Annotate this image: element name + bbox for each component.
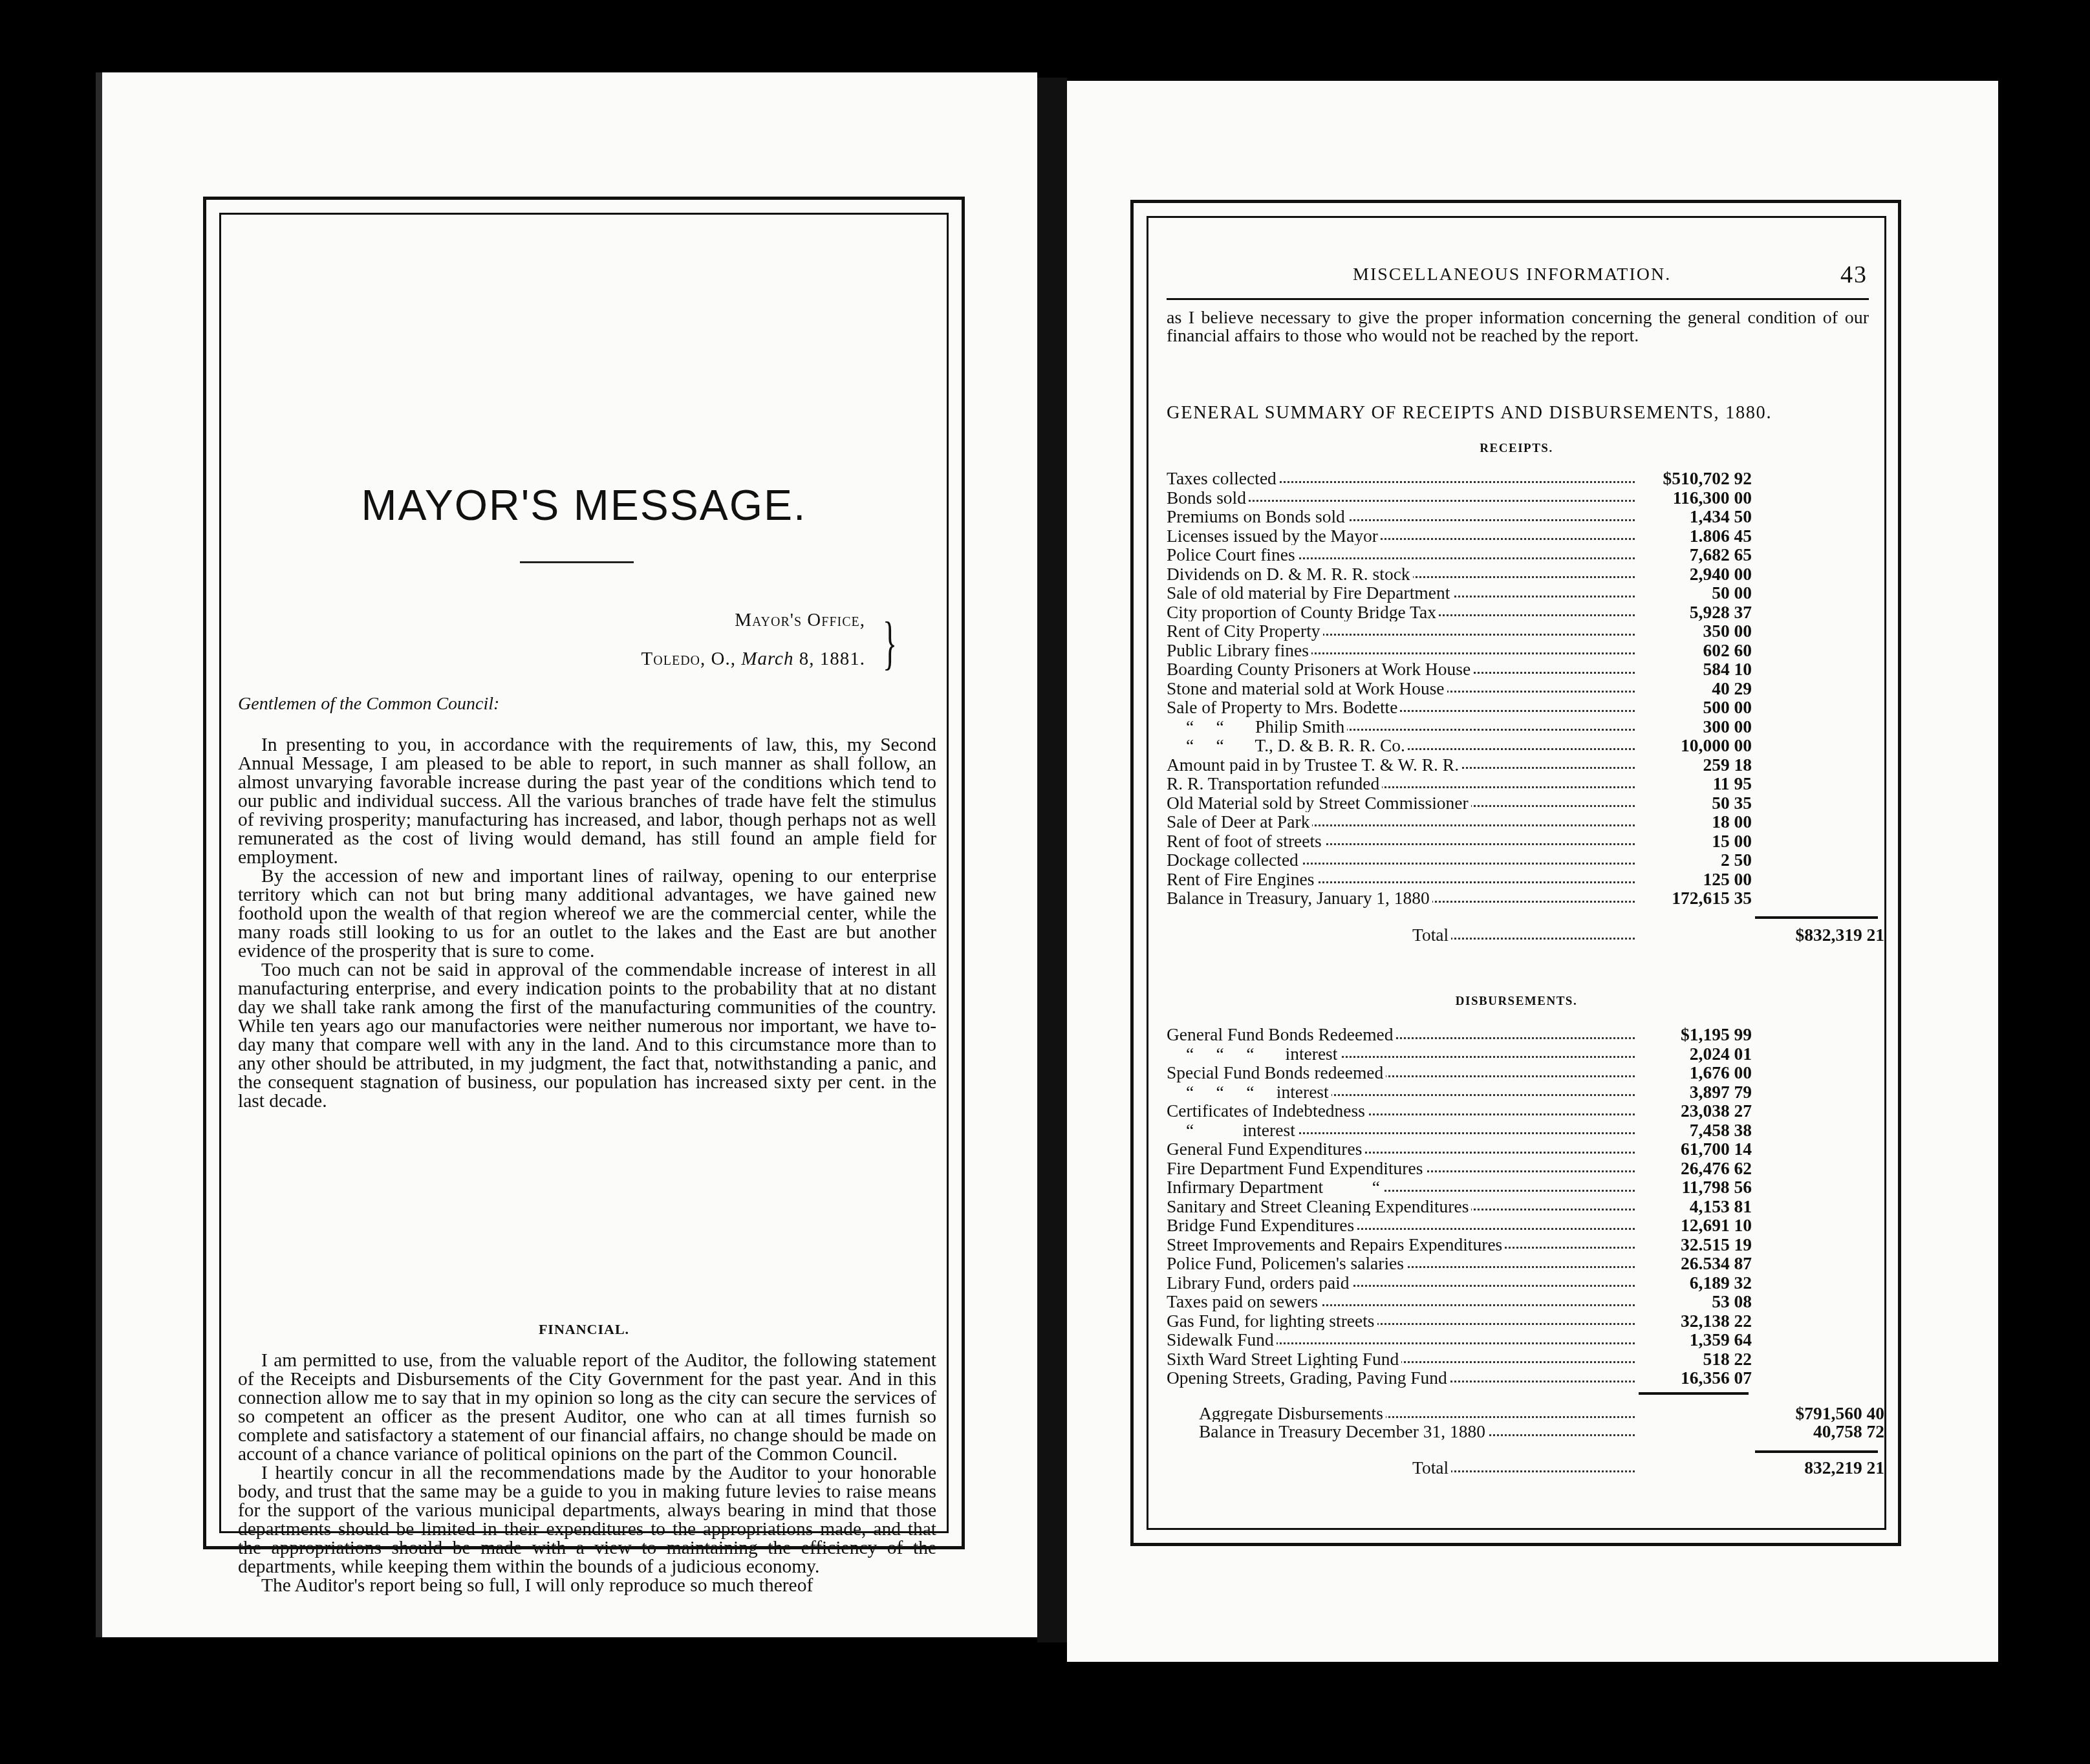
title-divider	[520, 561, 634, 563]
ledger-amount: 11 95	[1639, 774, 1752, 793]
ledger-row: Stone and material sold at Work House40 …	[1167, 679, 1891, 698]
ledger-row: Rent of City Property350 00	[1167, 621, 1891, 641]
ledger-amount: 116,300 00	[1639, 488, 1752, 508]
balance-label: Balance in Treasury December 31, 1880	[1199, 1422, 1639, 1441]
ledger-row: Rent of Fire Engines125 00	[1167, 870, 1891, 889]
ledger-row: General Fund Expenditures61,700 14	[1167, 1139, 1891, 1159]
ledger-label: Taxes collected	[1167, 469, 1639, 488]
disbursements-total: 832,219 21	[1755, 1458, 1884, 1478]
ledger-amount: 32,138 22	[1639, 1311, 1752, 1331]
ledger-row: Sanitary and Street Cleaning Expenditure…	[1167, 1197, 1891, 1216]
ledger-amount: 3,897 79	[1639, 1082, 1752, 1102]
message-body-part2: I am permitted to use, from the valuable…	[238, 1351, 936, 1595]
date-month: March	[741, 649, 793, 669]
ledger-row: Bridge Fund Expenditures12,691 10	[1167, 1216, 1891, 1235]
disbursements-heading: DISBURSEMENTS.	[1159, 995, 1874, 1009]
ledger-label: “ interest	[1167, 1121, 1639, 1140]
office-line: Mayor's Office,	[735, 610, 865, 631]
paragraph: In presenting to you, in accordance with…	[238, 736, 936, 867]
receipts-table: Taxes collected$510,702 92Bonds sold116,…	[1167, 469, 1891, 908]
ledger-label: Library Fund, orders paid	[1167, 1273, 1639, 1293]
ledger-label: Premiums on Bonds sold	[1167, 507, 1639, 526]
ledger-label: Public Library fines	[1167, 641, 1639, 660]
ledger-label: Rent of City Property	[1167, 621, 1639, 641]
ledger-label: Sale of Deer at Park	[1167, 812, 1639, 832]
book-gutter	[1037, 78, 1067, 1642]
ledger-amount: 18 00	[1639, 812, 1752, 832]
receipts-heading: RECEIPTS.	[1159, 442, 1874, 456]
ledger-amount: 26.534 87	[1639, 1254, 1752, 1273]
ledger-label: “ “ “ interest	[1167, 1082, 1639, 1102]
ledger-amount: 172,615 35	[1639, 888, 1752, 908]
right-page-border: MISCELLANEOUS INFORMATION. 43 as I belie…	[1130, 200, 1901, 1546]
ledger-label: Sale of Property to Mrs. Bodette	[1167, 698, 1639, 717]
continuation-text: as I believe necessary to give the prope…	[1167, 309, 1869, 345]
ledger-amount: 40 29	[1639, 679, 1752, 698]
ledger-row: “ “ Philip Smith300 00	[1167, 717, 1891, 737]
ledger-label: Sidewalk Fund	[1167, 1330, 1639, 1350]
ledger-label: Sale of old material by Fire Department	[1167, 583, 1639, 603]
ledger-row: Rent of foot of streets15 00	[1167, 832, 1891, 851]
ledger-row: General Fund Bonds Redeemed$1,195 99	[1167, 1025, 1891, 1044]
ledger-row: “ “ “ interest2,024 01	[1167, 1044, 1891, 1064]
ledger-amount: 50 00	[1639, 583, 1752, 603]
ledger-label: Amount paid in by Trustee T. & W. R. R.	[1167, 755, 1639, 775]
header-rule	[1167, 298, 1869, 300]
aggregate-row: Aggregate Disbursements $791,560 40	[1167, 1404, 1891, 1423]
ledger-amount: 2,940 00	[1639, 565, 1752, 584]
ledger-amount: 1,359 64	[1639, 1330, 1752, 1350]
ledger-amount: 61,700 14	[1639, 1139, 1752, 1159]
ledger-amount: 1,676 00	[1639, 1063, 1752, 1082]
ledger-label: Stone and material sold at Work House	[1167, 679, 1639, 698]
ledger-label: Rent of foot of streets	[1167, 832, 1639, 851]
ledger-amount: 7,458 38	[1639, 1121, 1752, 1140]
total-rule	[1755, 916, 1878, 919]
ledger-row: Street Improvements and Repairs Expendit…	[1167, 1235, 1891, 1254]
receipts-total-row: Total $832,319 21	[1167, 925, 1891, 945]
ledger-row: Old Material sold by Street Commissioner…	[1167, 793, 1891, 813]
ledger-label: Bridge Fund Expenditures	[1167, 1216, 1639, 1235]
ledger-label: Balance in Treasury, January 1, 1880	[1167, 888, 1639, 908]
ledger-row: Sale of old material by Fire Department5…	[1167, 583, 1891, 603]
ledger-label: Sixth Ward Street Lighting Fund	[1167, 1350, 1639, 1369]
subtotal-rule	[1639, 1392, 1749, 1395]
ledger-row: Opening Streets, Grading, Paving Fund16,…	[1167, 1368, 1891, 1388]
ledger-label: Boarding County Prisoners at Work House	[1167, 660, 1639, 679]
ledger-row: R. R. Transportation refunded11 95	[1167, 774, 1891, 793]
ledger-label: Old Material sold by Street Commissioner	[1167, 793, 1639, 813]
ledger-row: Boarding County Prisoners at Work House5…	[1167, 660, 1891, 679]
ledger-label: Dividends on D. & M. R. R. stock	[1167, 565, 1639, 584]
ledger-amount: 53 08	[1639, 1292, 1752, 1311]
right-page-inner-border: MISCELLANEOUS INFORMATION. 43 as I belie…	[1147, 216, 1886, 1530]
ledger-amount: 584 10	[1639, 660, 1752, 679]
ledger-row: Sixth Ward Street Lighting Fund518 22	[1167, 1350, 1891, 1369]
ledger-amount: 1,434 50	[1639, 507, 1752, 526]
left-page-content: MAYOR'S MESSAGE. Mayor's Office, Toledo,…	[232, 225, 936, 1521]
ledger-label: Police Fund, Policemen's salaries	[1167, 1254, 1639, 1273]
ledger-row: Police Court fines7,682 65	[1167, 545, 1891, 565]
ledger-row: Licenses issued by the Mayor1.806 45	[1167, 526, 1891, 546]
ledger-label: Rent of Fire Engines	[1167, 870, 1639, 889]
ledger-amount: 125 00	[1639, 870, 1752, 889]
receipts-total: $832,319 21	[1755, 925, 1884, 945]
ledger-amount: 26,476 62	[1639, 1159, 1752, 1178]
ledger-row: Sidewalk Fund1,359 64	[1167, 1330, 1891, 1350]
paragraph: I am permitted to use, from the valuable…	[238, 1351, 936, 1464]
ledger-label: General Fund Bonds Redeemed	[1167, 1025, 1639, 1044]
ledger-amount: 32.515 19	[1639, 1235, 1752, 1254]
ledger-label: Sanitary and Street Cleaning Expenditure…	[1167, 1197, 1639, 1216]
summary-title: GENERAL SUMMARY OF RECEIPTS AND DISBURSE…	[1167, 403, 1869, 424]
balance-row: Balance in Treasury December 31, 1880 40…	[1167, 1422, 1891, 1441]
ledger-amount: 5,928 37	[1639, 603, 1752, 622]
ledger-label: Certificates of Indebtedness	[1167, 1101, 1639, 1121]
ledger-label: Street Improvements and Repairs Expendit…	[1167, 1235, 1639, 1254]
ledger-label: “ “ Philip Smith	[1167, 717, 1639, 737]
ledger-amount: 2 50	[1639, 850, 1752, 870]
place: Toledo, O.,	[641, 649, 742, 669]
ledger-label: Licenses issued by the Mayor	[1167, 526, 1639, 546]
ledger-row: Taxes paid on sewers53 08	[1167, 1292, 1891, 1311]
ledger-row: Police Fund, Policemen's salaries26.534 …	[1167, 1254, 1891, 1273]
ledger-row: Infirmary Department “11,798 56	[1167, 1178, 1891, 1197]
page-title: MAYOR'S MESSAGE.	[232, 480, 936, 530]
ledger-amount: 16,356 07	[1639, 1368, 1752, 1388]
brace-glyph: }	[883, 613, 897, 672]
ledger-label: Fire Department Fund Expenditures	[1167, 1159, 1639, 1178]
aggregate-amount: $791,560 40	[1755, 1404, 1884, 1423]
ledger-label: Police Court fines	[1167, 545, 1639, 565]
paragraph: The Auditor's report being so full, I wi…	[238, 1576, 936, 1595]
ledger-label: Special Fund Bonds redeemed	[1167, 1063, 1639, 1082]
message-body-part1: In presenting to you, in accordance with…	[238, 736, 936, 1111]
ledger-row: “ interest7,458 38	[1167, 1121, 1891, 1140]
ledger-amount: 2,024 01	[1639, 1044, 1752, 1064]
ledger-row: Balance in Treasury, January 1, 1880172,…	[1167, 888, 1891, 908]
ledger-label: Gas Fund, for lighting streets	[1167, 1311, 1639, 1331]
paragraph: Too much can not be said in approval of …	[238, 961, 936, 1111]
ledger-amount: 23,038 27	[1639, 1101, 1752, 1121]
place-date-line: Toledo, O., March 8, 1881.	[641, 649, 865, 670]
running-head-title: MISCELLANEOUS INFORMATION.	[1353, 264, 1671, 285]
ledger-label: Opening Streets, Grading, Paving Fund	[1167, 1368, 1639, 1388]
paragraph: By the accession of new and important li…	[238, 867, 936, 961]
ledger-row: Sale of Property to Mrs. Bodette500 00	[1167, 698, 1891, 717]
disbursements-table: General Fund Bonds Redeemed$1,195 99“ “ …	[1167, 1025, 1891, 1388]
ledger-label: Dockage collected	[1167, 850, 1639, 870]
ledger-label: Bonds sold	[1167, 488, 1639, 508]
ledger-label: “ “ “ interest	[1167, 1044, 1639, 1064]
ledger-amount: 50 35	[1639, 793, 1752, 813]
ledger-row: Special Fund Bonds redeemed1,676 00	[1167, 1063, 1891, 1082]
ledger-label: R. R. Transportation refunded	[1167, 774, 1639, 793]
ledger-row: Bonds sold116,300 00	[1167, 488, 1891, 508]
page-number: 43	[1840, 261, 1868, 289]
ledger-row: Premiums on Bonds sold1,434 50	[1167, 507, 1891, 526]
ledger-label: City proportion of County Bridge Tax	[1167, 603, 1639, 622]
ledger-amount: 10,000 00	[1639, 736, 1752, 755]
ledger-amount: 259 18	[1639, 755, 1752, 775]
date-rest: 8, 1881.	[794, 649, 866, 669]
ledger-row: Dockage collected2 50	[1167, 850, 1891, 870]
section-heading-financial: FINANCIAL.	[232, 1321, 936, 1338]
balance-amount: 40,758 72	[1755, 1422, 1884, 1441]
paragraph: I heartily concur in all the recommendat…	[238, 1464, 936, 1576]
ledger-label: Taxes paid on sewers	[1167, 1292, 1639, 1311]
total-label: Total	[1412, 925, 1639, 945]
ledger-amount: $1,195 99	[1639, 1025, 1752, 1044]
ledger-row: “ “ T., D. & B. R. R. Co.10,000 00	[1167, 736, 1891, 755]
total-label: Total	[1412, 1458, 1639, 1478]
ledger-amount: 15 00	[1639, 832, 1752, 851]
ledger-row: Taxes collected$510,702 92	[1167, 469, 1891, 488]
ledger-amount: 500 00	[1639, 698, 1752, 717]
ledger-row: Dividends on D. & M. R. R. stock2,940 00	[1167, 565, 1891, 584]
salutation: Gentlemen of the Common Council:	[238, 694, 499, 715]
ledger-row: Fire Department Fund Expenditures26,476 …	[1167, 1159, 1891, 1178]
ledger-row: Library Fund, orders paid6,189 32	[1167, 1273, 1891, 1293]
ledger-amount: 602 60	[1639, 641, 1752, 660]
final-total-rule	[1755, 1450, 1878, 1453]
aggregate-label: Aggregate Disbursements	[1199, 1404, 1639, 1423]
ledger-amount: 518 22	[1639, 1350, 1752, 1369]
ledger-label: “ “ T., D. & B. R. R. Co.	[1167, 736, 1639, 755]
ledger-amount: 350 00	[1639, 621, 1752, 641]
ledger-label: General Fund Expenditures	[1167, 1139, 1639, 1159]
ledger-row: Amount paid in by Trustee T. & W. R. R.2…	[1167, 755, 1891, 775]
left-page-border: MAYOR'S MESSAGE. Mayor's Office, Toledo,…	[203, 197, 965, 1549]
left-page-inner-border: MAYOR'S MESSAGE. Mayor's Office, Toledo,…	[219, 213, 949, 1533]
ledger-amount: 300 00	[1639, 717, 1752, 737]
ledger-amount: 4,153 81	[1639, 1197, 1752, 1216]
ledger-row: Sale of Deer at Park18 00	[1167, 812, 1891, 832]
ledger-amount: 7,682 65	[1639, 545, 1752, 565]
ledger-row: Public Library fines602 60	[1167, 641, 1891, 660]
ledger-amount: $510,702 92	[1639, 469, 1752, 488]
ledger-amount: 11,798 56	[1639, 1178, 1752, 1197]
ledger-amount: 1.806 45	[1639, 526, 1752, 546]
ledger-row: City proportion of County Bridge Tax5,92…	[1167, 603, 1891, 622]
right-page-content: MISCELLANEOUS INFORMATION. 43 as I belie…	[1159, 228, 1874, 1518]
ledger-row: Gas Fund, for lighting streets32,138 22	[1167, 1311, 1891, 1331]
disbursements-total-row: Total 832,219 21	[1167, 1458, 1891, 1478]
ledger-row: Certificates of Indebtedness23,038 27	[1167, 1101, 1891, 1121]
ledger-row: “ “ “ interest3,897 79	[1167, 1082, 1891, 1102]
ledger-label: Infirmary Department “	[1167, 1178, 1639, 1197]
ledger-amount: 6,189 32	[1639, 1273, 1752, 1293]
ledger-amount: 12,691 10	[1639, 1216, 1752, 1235]
